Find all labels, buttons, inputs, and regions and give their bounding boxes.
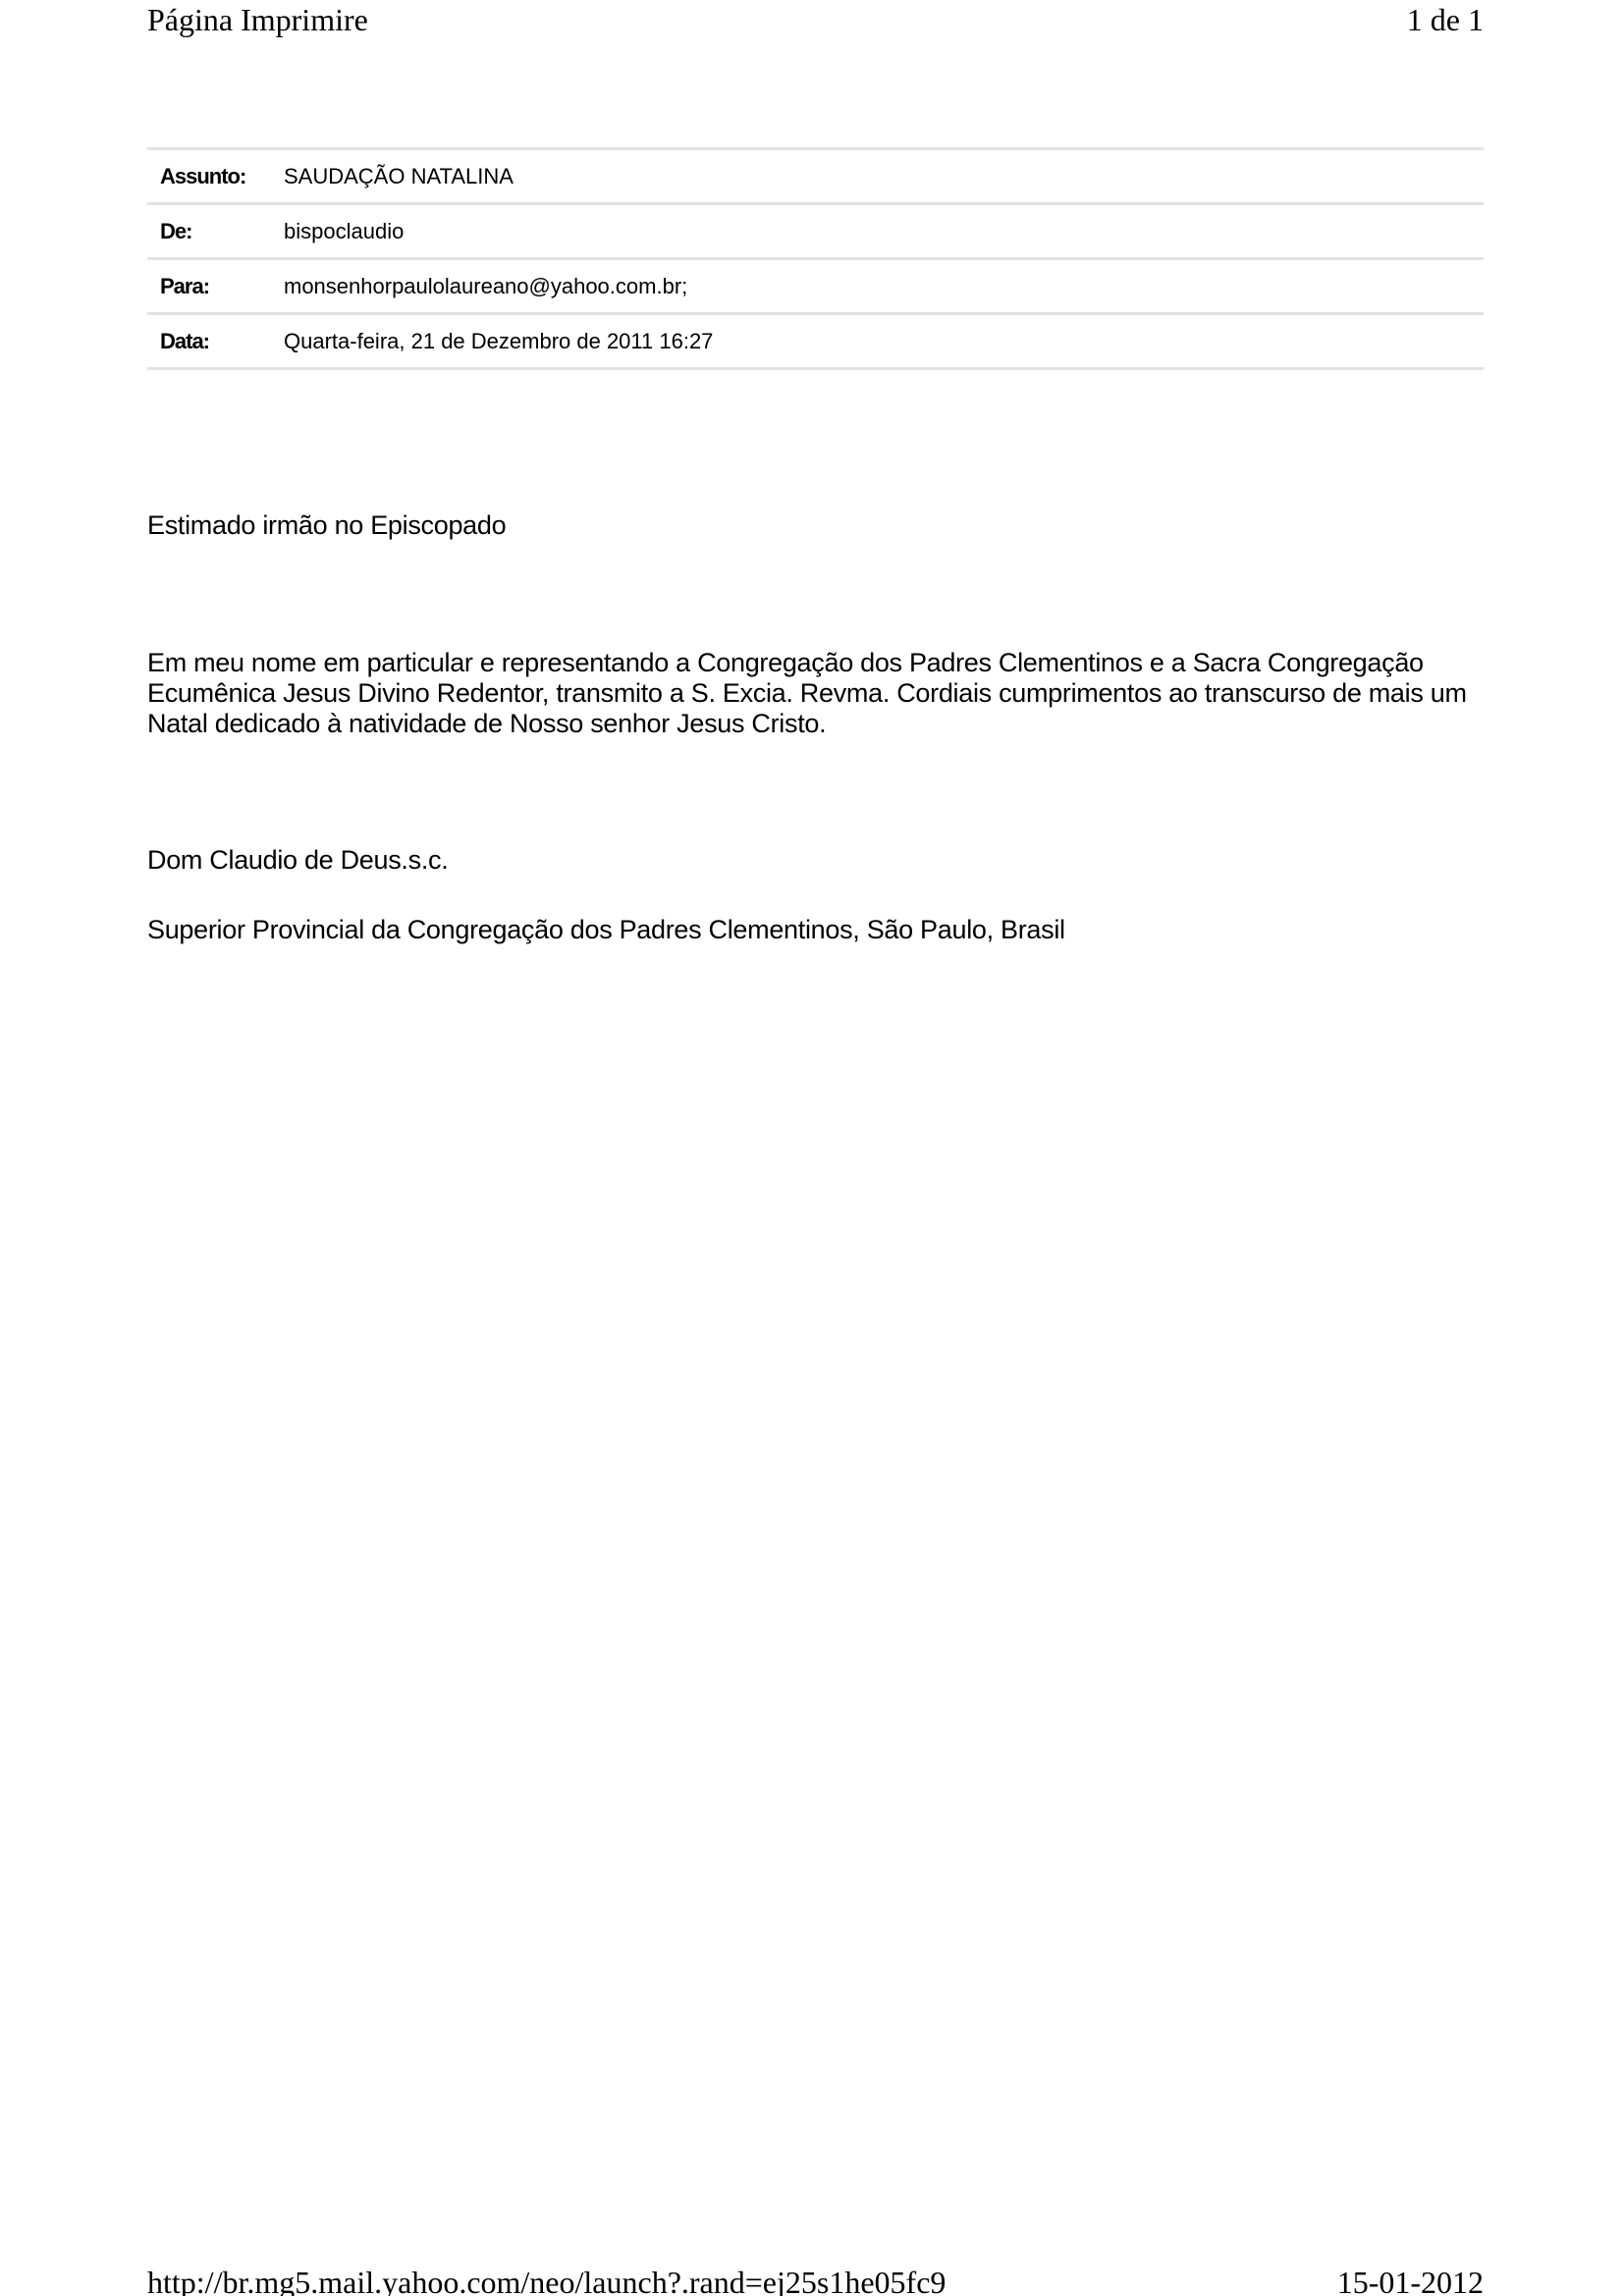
email-meta-table: Assunto: SAUDAÇÃO NATALINA De: bispoclau… xyxy=(147,147,1484,370)
from-value: bispoclaudio xyxy=(283,204,1484,259)
print-footer-date: 15-01-2012 xyxy=(1337,2265,1484,2296)
subject-value: SAUDAÇÃO NATALINA xyxy=(283,149,1484,204)
signature-name: Dom Claudio de Deus.s.c. xyxy=(147,845,448,876)
subject-label: Assunto: xyxy=(147,149,283,204)
meta-row-subject: Assunto: SAUDAÇÃO NATALINA xyxy=(147,149,1484,204)
to-value: monsenhorpaulolaureano@yahoo.com.br; xyxy=(283,259,1484,314)
email-greeting: Estimado irmão no Episcopado xyxy=(147,510,506,541)
print-header-title: Página Imprimire xyxy=(147,2,368,38)
to-label: Para: xyxy=(147,259,283,314)
from-label: De: xyxy=(147,204,283,259)
email-paragraph: Em meu nome em particular e representand… xyxy=(147,648,1502,739)
page-indicator: 1 de 1 xyxy=(1407,2,1484,38)
date-value: Quarta-feira, 21 de Dezembro de 2011 16:… xyxy=(283,314,1484,369)
meta-row-date: Data: Quarta-feira, 21 de Dezembro de 20… xyxy=(147,314,1484,369)
meta-row-to: Para: monsenhorpaulolaureano@yahoo.com.b… xyxy=(147,259,1484,314)
meta-row-from: De: bispoclaudio xyxy=(147,204,1484,259)
date-label: Data: xyxy=(147,314,283,369)
signature-title: Superior Provincial da Congregação dos P… xyxy=(147,915,1065,945)
print-footer-url: http://br.mg5.mail.yahoo.com/neo/launch?… xyxy=(147,2265,946,2296)
